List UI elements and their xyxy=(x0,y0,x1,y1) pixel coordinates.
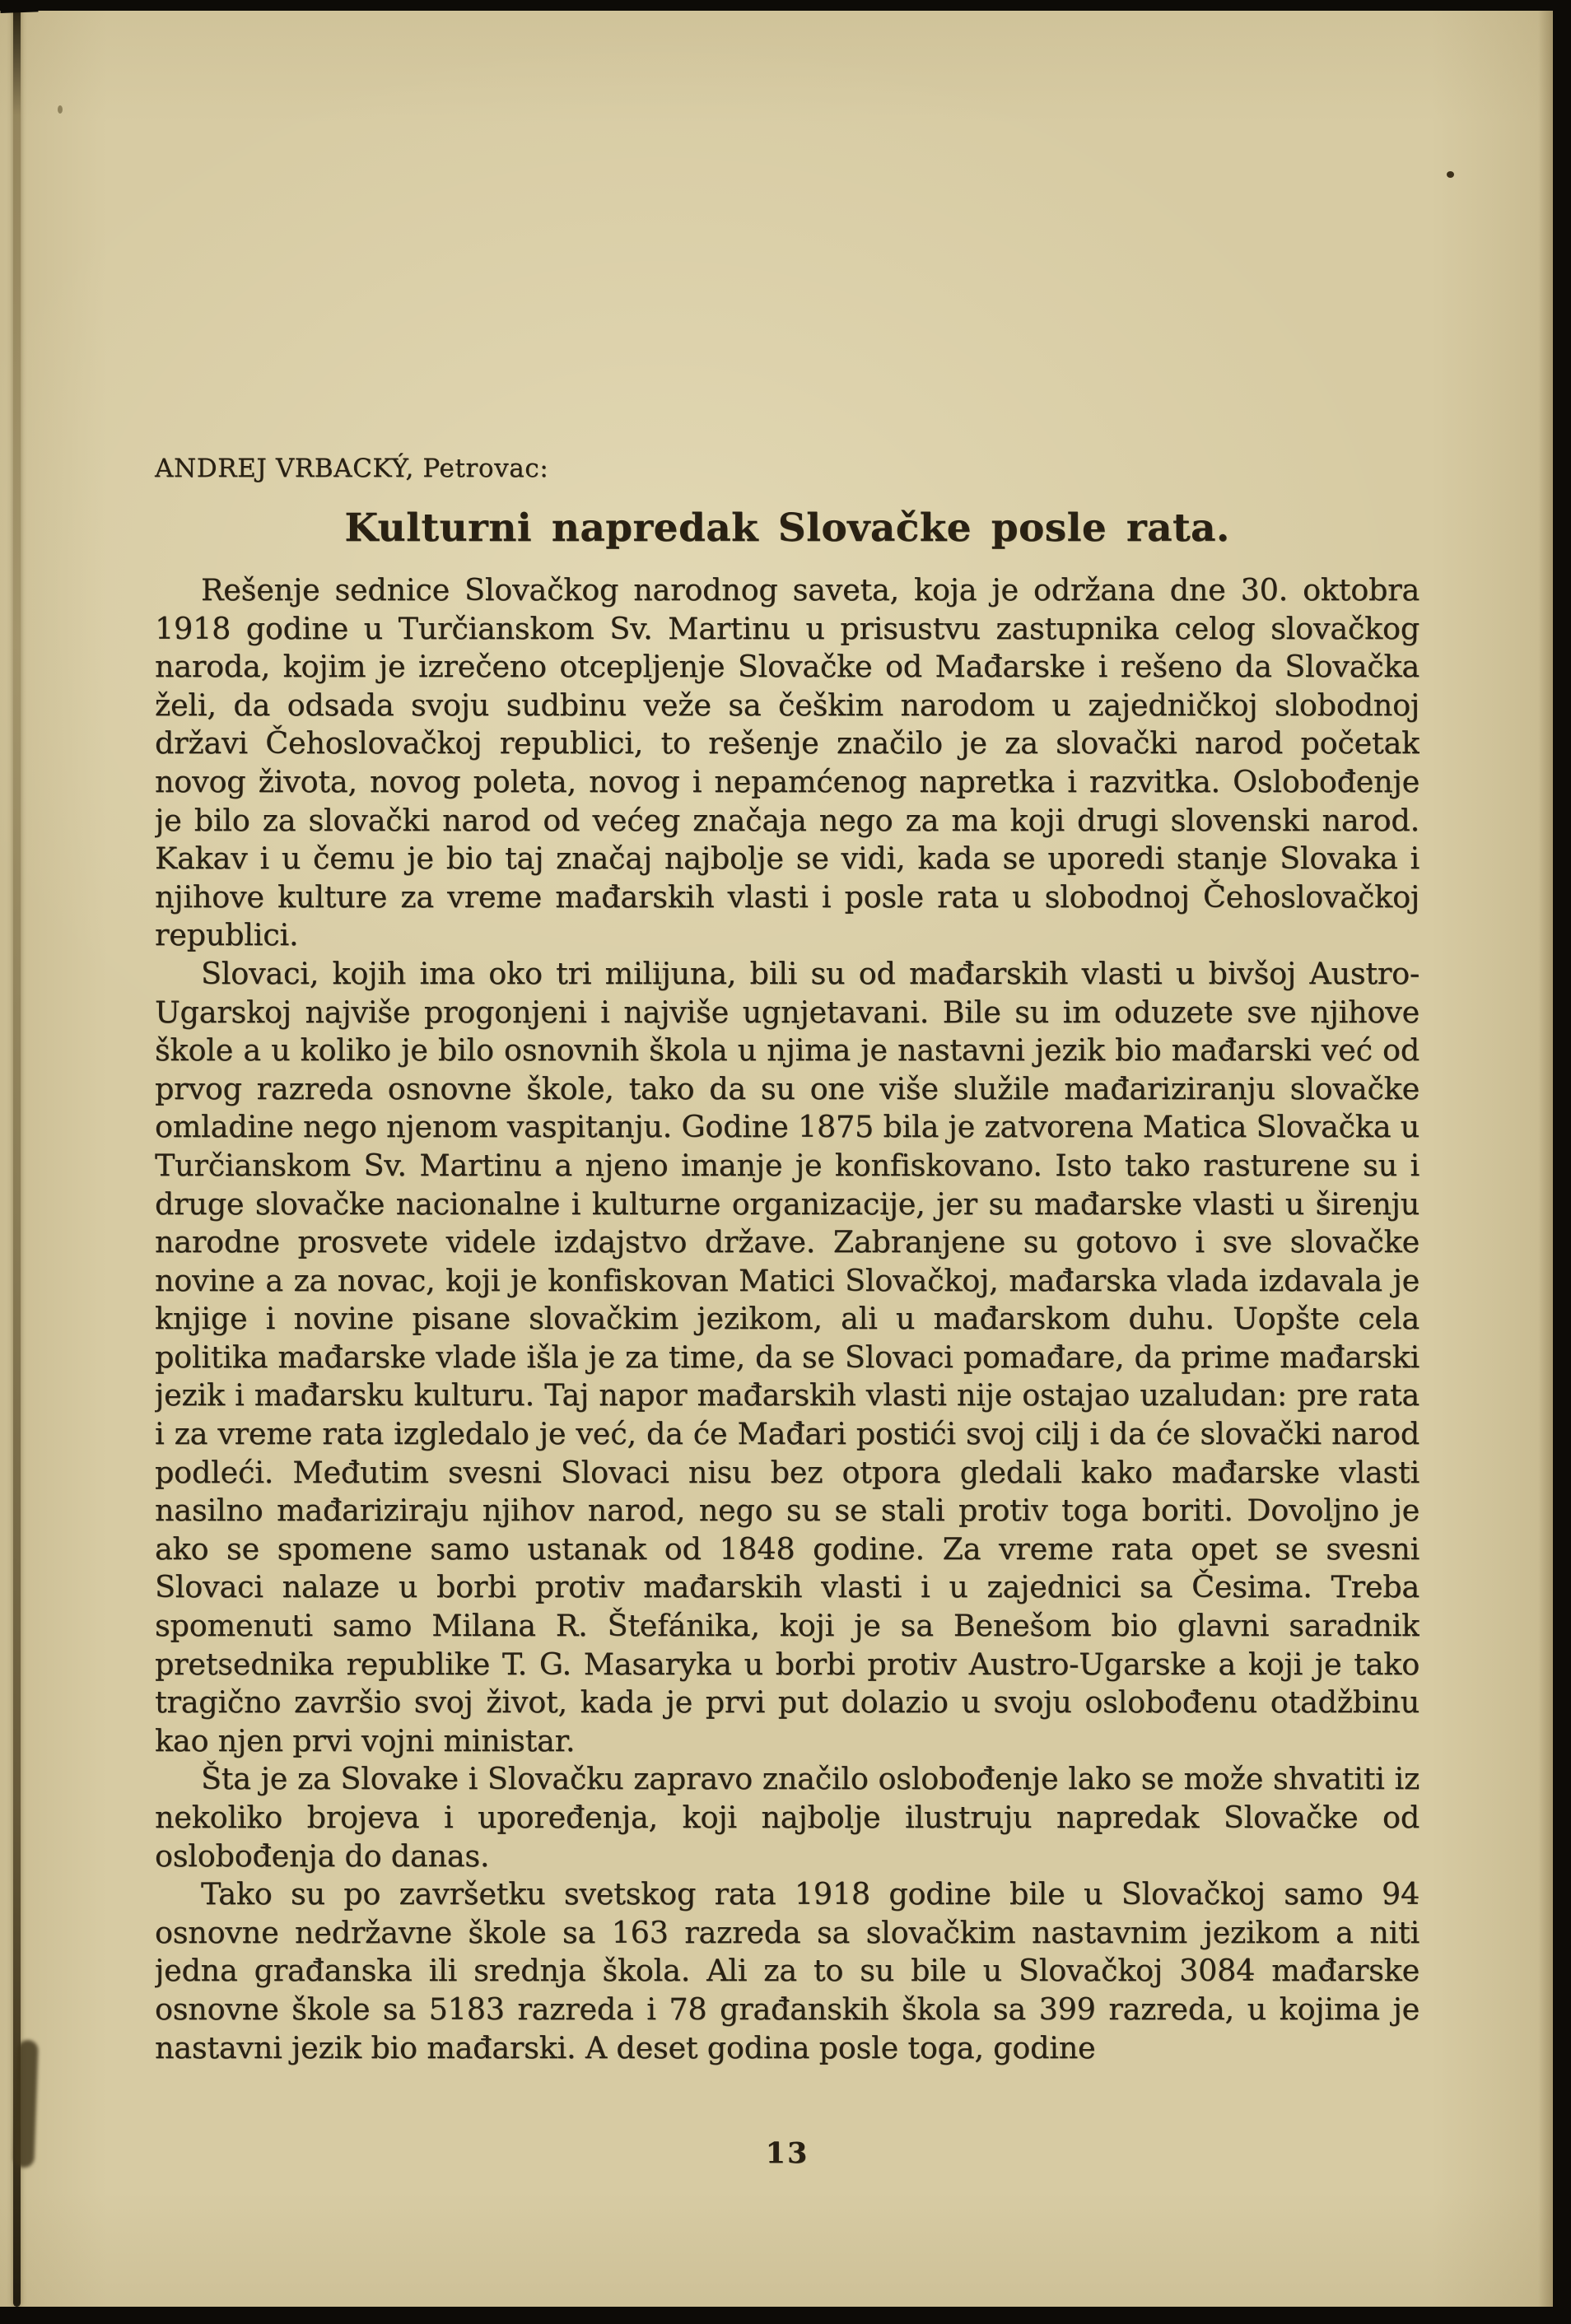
paragraph-4: Tako su po završetku svetskog rata 1918 … xyxy=(155,1875,1419,2067)
page-edge-shadow xyxy=(1538,0,1553,2324)
paper-speck xyxy=(1447,171,1454,178)
scan-edge-top xyxy=(0,0,1571,11)
binding-crease xyxy=(13,0,21,2307)
article-title: Kulturni napredak Slovačke posle rata. xyxy=(155,505,1419,551)
page-number: 13 xyxy=(155,2136,1419,2170)
binding-crease-smudge xyxy=(13,2040,38,2168)
author-line: ANDREJ VRBACKÝ, Petrovac: xyxy=(155,454,1419,483)
paragraph-2: Slovaci, kojih ima oko tri milijuna, bil… xyxy=(155,955,1419,1760)
scan-edge-bottom xyxy=(0,2307,1571,2324)
scan-edge-right xyxy=(1553,0,1571,2324)
paper-speck xyxy=(58,105,63,114)
book-page-scan: ANDREJ VRBACKÝ, Petrovac: Kulturni napre… xyxy=(0,0,1571,2324)
paragraph-3: Šta je za Slovake i Slovačku zapravo zna… xyxy=(155,1760,1419,1875)
paragraph-1: Rešenje sednice Slovačkog narodnog savet… xyxy=(155,571,1419,955)
article-body: Rešenje sednice Slovačkog narodnog savet… xyxy=(155,571,1419,2135)
